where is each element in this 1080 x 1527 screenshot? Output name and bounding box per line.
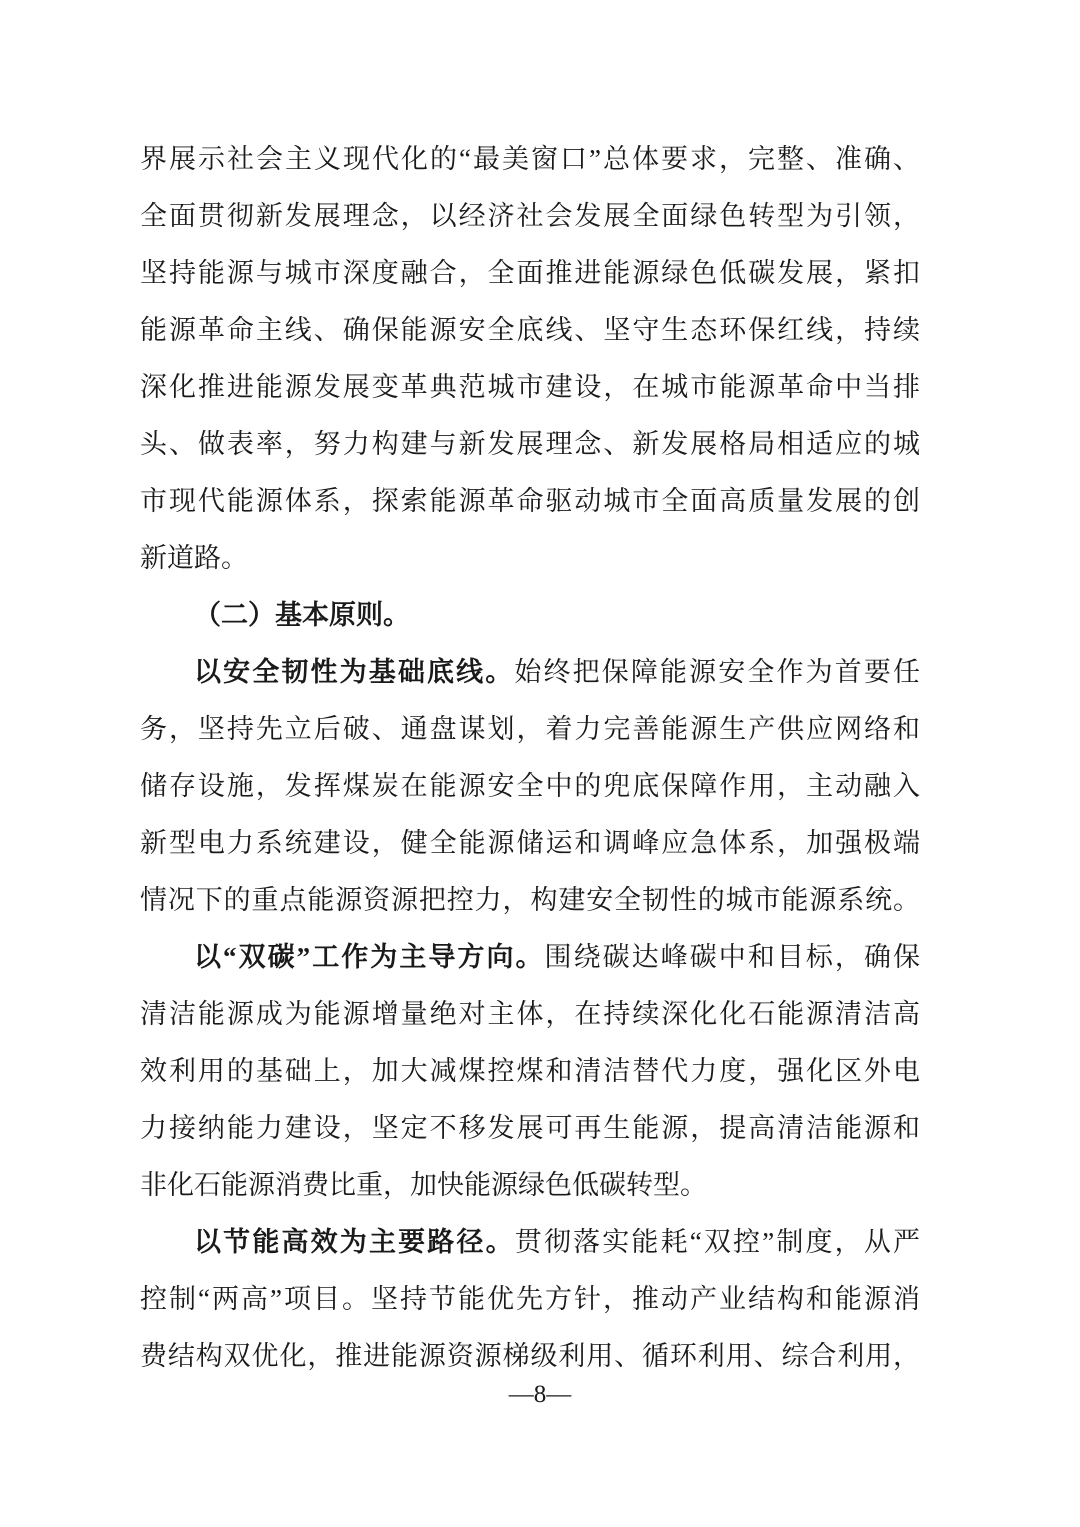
- body-text: 界展示社会主义现代化的“最美窗口”总体要求，完整、准确、: [140, 144, 920, 174]
- text-line: 以“双碳”工作为主导方向。围绕碳达峰碳中和目标，确保: [140, 929, 920, 986]
- text-line: 以安全韧性为基础底线。始终把保障能源安全作为首要任: [140, 644, 920, 701]
- body-text: 费结构双优化，推进能源资源梯级利用、循环利用、综合利用，: [140, 1341, 920, 1371]
- body-text: 始终把保障能源安全作为首要任: [514, 657, 920, 687]
- text-line: 费结构双优化，推进能源资源梯级利用、循环利用、综合利用，: [140, 1328, 920, 1385]
- document-body: 界展示社会主义现代化的“最美窗口”总体要求，完整、准确、全面贯彻新发展理念，以经…: [140, 131, 920, 1385]
- body-text: 围绕碳达峰碳中和目标，确保: [545, 942, 920, 972]
- text-line: 新道路。: [140, 530, 920, 587]
- text-line: 深化推进能源发展变革典范城市建设，在城市能源革命中当排: [140, 359, 920, 416]
- text-line: 效利用的基础上，加大减煤控煤和清洁替代力度，强化区外电: [140, 1043, 920, 1100]
- text-line: 务，坚持先立后破、通盘谋划，着力完善能源生产供应网络和: [140, 701, 920, 758]
- body-text: 新道路。: [140, 543, 248, 573]
- emphasis-text: 以“双碳”工作为主导方向。: [194, 942, 545, 972]
- text-line: 储存设施，发挥煤炭在能源安全中的兜底保障作用，主动融入: [140, 758, 920, 815]
- page-number: —8—: [0, 1380, 1080, 1410]
- text-line: 清洁能源成为能源增量绝对主体，在持续深化化石能源清洁高: [140, 986, 920, 1043]
- text-line: 情况下的重点能源资源把控力，构建安全韧性的城市能源系统。: [140, 872, 920, 929]
- body-text: 贯彻落实能耗“双控”制度，从严: [515, 1227, 920, 1257]
- emphasis-text: 以节能高效为主要路径。: [194, 1227, 515, 1257]
- body-text: 非化石能源消费比重，加快能源绿色低碳转型。: [140, 1170, 707, 1200]
- text-line: （二）基本原则。: [140, 587, 920, 644]
- text-line: 头、做表率，努力构建与新发展理念、新发展格局相适应的城: [140, 416, 920, 473]
- emphasis-text: （二）基本原则。: [194, 600, 410, 630]
- body-text: 坚持能源与城市深度融合，全面推进能源绿色低碳发展，紧扣: [140, 258, 920, 288]
- body-text: 头、做表率，努力构建与新发展理念、新发展格局相适应的城: [140, 429, 920, 459]
- text-line: 新型电力系统建设，健全能源储运和调峰应急体系，加强极端: [140, 815, 920, 872]
- body-text: 能源革命主线、确保能源安全底线、坚守生态环保红线，持续: [140, 315, 920, 345]
- text-line: 非化石能源消费比重，加快能源绿色低碳转型。: [140, 1157, 920, 1214]
- body-text: 控制“两高”项目。坚持节能优先方针，推动产业结构和能源消: [140, 1284, 920, 1314]
- body-text: 深化推进能源发展变革典范城市建设，在城市能源革命中当排: [140, 372, 920, 402]
- body-text: 务，坚持先立后破、通盘谋划，着力完善能源生产供应网络和: [140, 714, 920, 744]
- body-text: 情况下的重点能源资源把控力，构建安全韧性的城市能源系统。: [140, 885, 920, 915]
- text-line: 力接纳能力建设，坚定不移发展可再生能源，提高清洁能源和: [140, 1100, 920, 1157]
- document-page: 界展示社会主义现代化的“最美窗口”总体要求，完整、准确、全面贯彻新发展理念，以经…: [0, 0, 1080, 1527]
- body-text: 清洁能源成为能源增量绝对主体，在持续深化化石能源清洁高: [140, 999, 920, 1029]
- body-text: 市现代能源体系，探索能源革命驱动城市全面高质量发展的创: [140, 486, 920, 516]
- text-line: 以节能高效为主要路径。贯彻落实能耗“双控”制度，从严: [140, 1214, 920, 1271]
- text-line: 坚持能源与城市深度融合，全面推进能源绿色低碳发展，紧扣: [140, 245, 920, 302]
- body-text: 力接纳能力建设，坚定不移发展可再生能源，提高清洁能源和: [140, 1113, 920, 1143]
- emphasis-text: 以安全韧性为基础底线。: [194, 657, 514, 687]
- text-line: 能源革命主线、确保能源安全底线、坚守生态环保红线，持续: [140, 302, 920, 359]
- text-line: 界展示社会主义现代化的“最美窗口”总体要求，完整、准确、: [140, 131, 920, 188]
- text-line: 市现代能源体系，探索能源革命驱动城市全面高质量发展的创: [140, 473, 920, 530]
- text-line: 全面贯彻新发展理念，以经济社会发展全面绿色转型为引领，: [140, 188, 920, 245]
- body-text: 新型电力系统建设，健全能源储运和调峰应急体系，加强极端: [140, 828, 920, 858]
- body-text: 全面贯彻新发展理念，以经济社会发展全面绿色转型为引领，: [140, 201, 920, 231]
- body-text: 效利用的基础上，加大减煤控煤和清洁替代力度，强化区外电: [140, 1056, 920, 1086]
- text-line: 控制“两高”项目。坚持节能优先方针，推动产业结构和能源消: [140, 1271, 920, 1328]
- body-text: 储存设施，发挥煤炭在能源安全中的兜底保障作用，主动融入: [140, 771, 920, 801]
